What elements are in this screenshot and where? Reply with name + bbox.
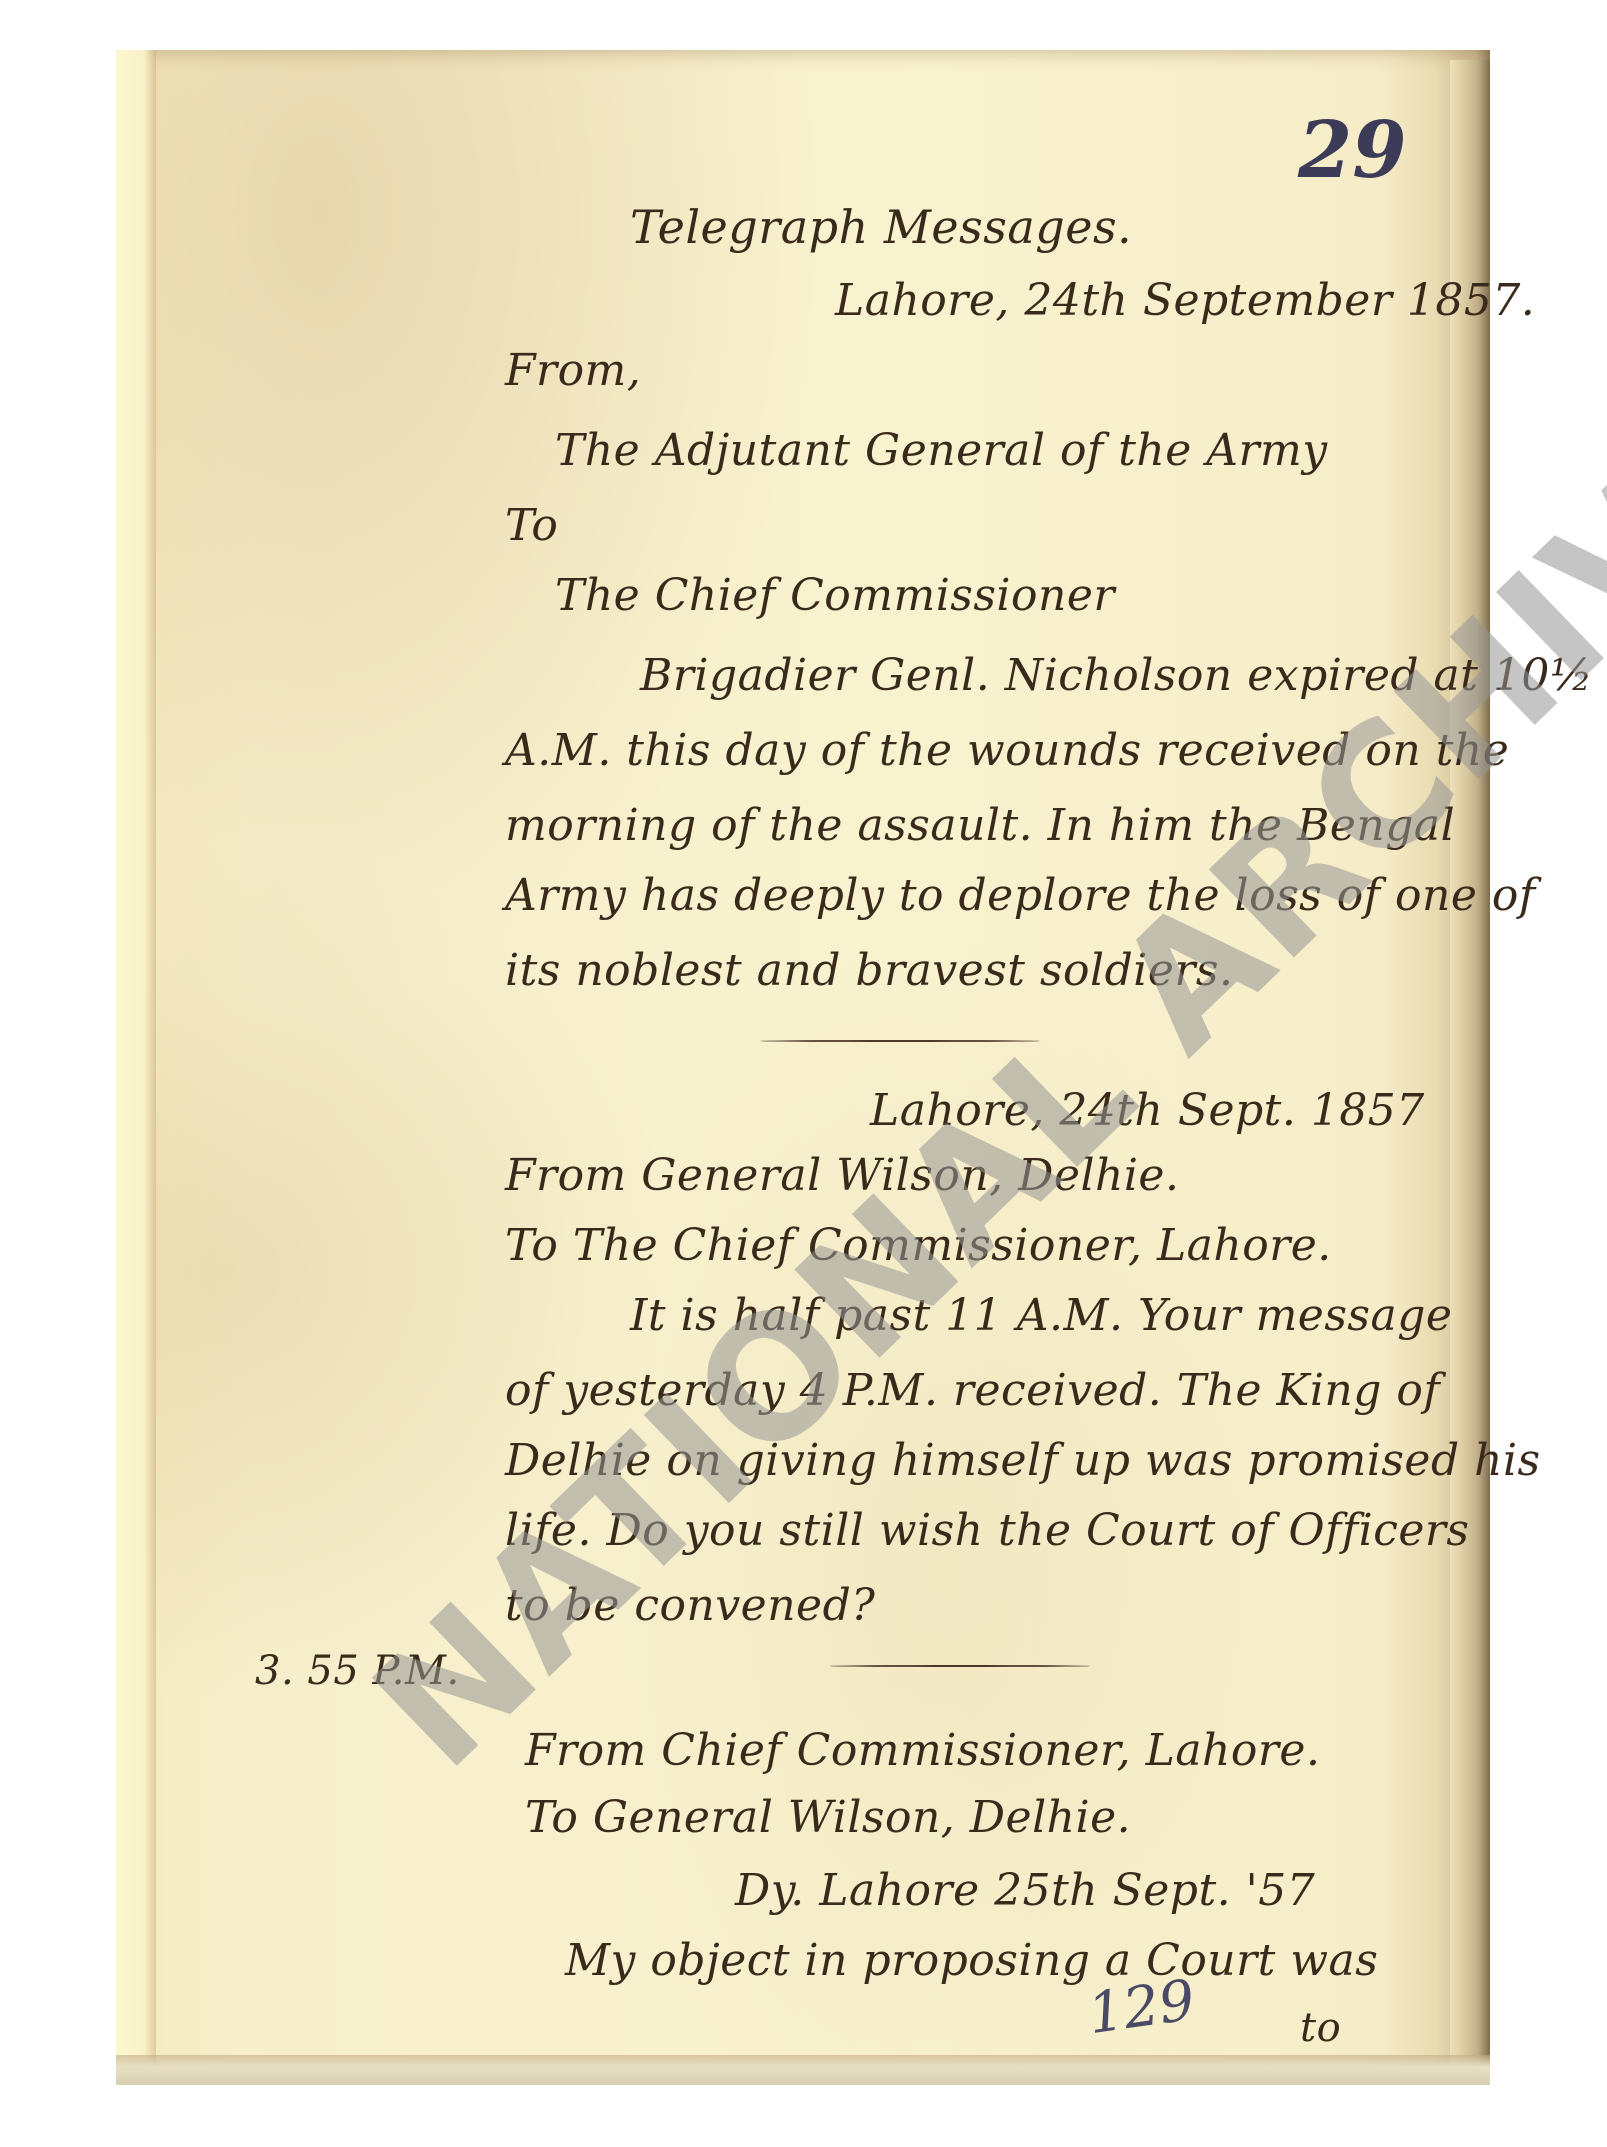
message1-body-line: A.M. this day of the wounds received on …: [505, 725, 1509, 776]
page-left-margin: [116, 50, 156, 2085]
message1-body-line: Army has deeply to deplore the loss of o…: [505, 870, 1536, 921]
message2-body-line: of yesterday 4 P.M. received. The King o…: [505, 1365, 1440, 1416]
page-bottom-edge: [116, 2055, 1490, 2085]
message1-body-line: Brigadier Genl. Nicholson expired at 10½: [640, 650, 1593, 701]
message1-from-label: From,: [505, 345, 641, 396]
section-divider: [760, 1040, 1040, 1042]
message3-body-line: My object in proposing a Court was: [565, 1935, 1378, 1986]
message1-to-label: To: [505, 500, 558, 551]
document-title: Telegraph Messages.: [630, 200, 1132, 254]
message1-body-line: morning of the assault. In him the Benga…: [505, 800, 1455, 851]
message2-body-line: It is half past 11 A.M. Your message: [630, 1290, 1452, 1341]
section-divider: [830, 1665, 1090, 1667]
message3-time-margin: 3. 55 P.M.: [255, 1648, 460, 1694]
message2-to: To The Chief Commissioner, Lahore.: [505, 1220, 1332, 1271]
message1-to: The Chief Commissioner: [555, 570, 1115, 621]
message2-body-line: life. Do you still wish the Court of Off…: [505, 1505, 1469, 1556]
message3-date: Dy. Lahore 25th Sept. '57: [735, 1865, 1315, 1916]
message2-body-line: to be convened?: [505, 1580, 875, 1631]
manuscript-page: [116, 50, 1490, 2085]
message1-date-text: Lahore, 24th September 1857.: [835, 275, 1535, 326]
folio-number-top: 29: [1298, 105, 1407, 196]
message2-from: From General Wilson, Delhie.: [505, 1150, 1179, 1201]
message1-body-line: its noblest and bravest soldiers.: [505, 945, 1234, 996]
message2-date: Lahore, 24th Sept. 1857: [870, 1085, 1425, 1136]
message3-from: From Chief Commissioner, Lahore.: [525, 1725, 1320, 1776]
message3-to: To General Wilson, Delhie.: [525, 1792, 1131, 1843]
catchword: to: [1300, 2005, 1341, 2051]
message1-date: Lahore, 24th September 1857.: [835, 275, 1535, 326]
message2-body-line: Delhie on giving himself up was promised…: [505, 1435, 1541, 1486]
page-stack-edge: [1450, 60, 1490, 2085]
message1-from: The Adjutant General of the Army: [555, 425, 1328, 476]
